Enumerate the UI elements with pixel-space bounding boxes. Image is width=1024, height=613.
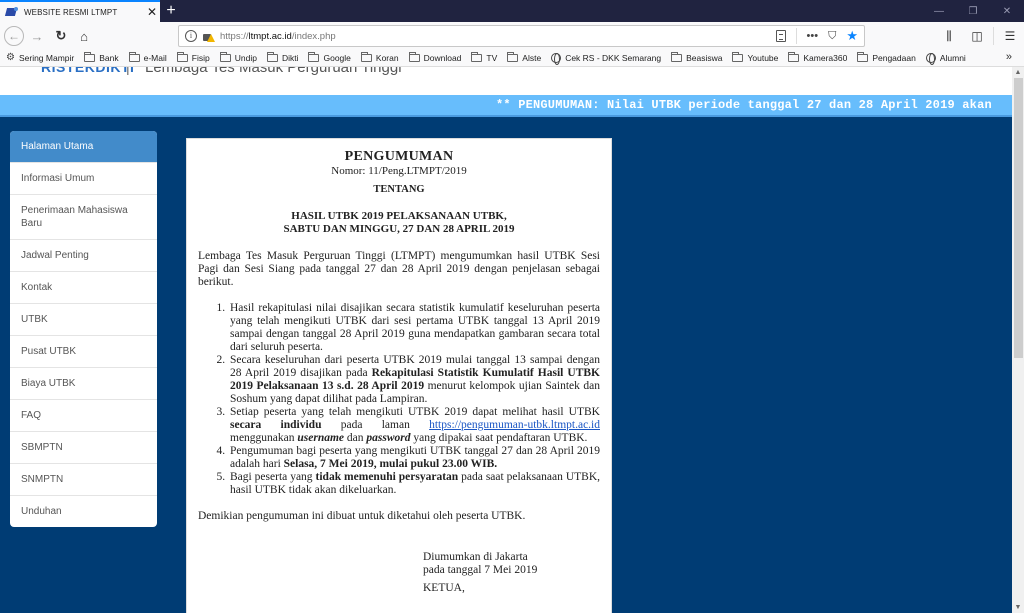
navigation-toolbar: ← → ↻ ⌂ i https://ltmpt.ac.id/index.php … (0, 22, 1024, 49)
subject-line-1: HASIL UTBK 2019 PELAKSANAAN UTBK, (198, 210, 600, 223)
site-tagline: Lembaga Tes Masuk Perguruan Tinggi (145, 67, 402, 76)
folder-icon (177, 54, 188, 62)
insecure-lock-icon[interactable] (202, 30, 214, 42)
close-window-icon[interactable]: ✕ (990, 0, 1024, 22)
bookmark-item[interactable]: Fisip (177, 53, 210, 63)
bookmark-item[interactable]: e-Mail (129, 53, 167, 63)
forward-arrow-icon[interactable]: → (28, 26, 46, 46)
sidebar-item-biaya-utbk[interactable]: Biaya UTBK (10, 368, 157, 400)
bookmark-item[interactable]: Pengadaan (857, 53, 916, 63)
folder-icon (308, 54, 319, 62)
bookmark-label: Kamera360 (803, 53, 847, 63)
scroll-down-arrow-icon[interactable]: ▼ (1012, 604, 1024, 611)
bookmark-item[interactable]: Alste (507, 53, 541, 63)
sidebar-menu: Halaman UtamaInformasi UmumPenerimaan Ma… (10, 131, 157, 527)
bookmark-item[interactable]: Cek RS - DKK Semarang (551, 53, 661, 63)
folder-icon (267, 54, 278, 62)
sidebar-item-snmptn[interactable]: SNMPTN (10, 464, 157, 496)
bookmark-label: Fisip (192, 53, 210, 63)
bookmark-label: Youtube (747, 53, 778, 63)
scrollbar-thumb[interactable] (1014, 78, 1023, 358)
toolbar-divider (993, 27, 994, 45)
folder-icon (732, 54, 743, 62)
bookmark-label: Cek RS - DKK Semarang (565, 53, 661, 63)
announcement-document: PENGUMUMAN Nomor: 11/Peng.LTMPT/2019 TEN… (186, 138, 612, 613)
pocket-icon[interactable]: ⛉ (828, 30, 836, 43)
globe-icon (926, 53, 936, 63)
browser-tab-active[interactable]: WEBSITE RESMI LTMPT ✕ (0, 0, 160, 22)
url-actions-divider (796, 28, 797, 44)
sidebar-item-sbmptn[interactable]: SBMPTN (10, 432, 157, 464)
close-tab-icon[interactable]: ✕ (144, 5, 160, 19)
window-controls: — ❐ ✕ (922, 0, 1024, 22)
sign-title: KETUA, (423, 582, 600, 595)
sidebar-item-jadwal-penting[interactable]: Jadwal Penting (10, 240, 157, 272)
results-link[interactable]: https://pengumuman-utbk.ltmpt.ac.id (429, 419, 600, 431)
announcement-ticker: ** PENGUMUMAN: Nilai UTBK periode tangga… (0, 95, 1012, 117)
announcement-closing: Demikian pengumuman ini dibuat untuk dik… (198, 510, 600, 523)
bookmark-label: Pengadaan (872, 53, 916, 63)
point-4: Pengumuman bagi peserta yang mengikuti U… (228, 445, 600, 471)
folder-icon (409, 54, 420, 62)
bookmarks-overflow-chevron-icon[interactable]: » (1006, 51, 1012, 63)
home-icon[interactable]: ⌂ (75, 26, 93, 46)
sidebar-item-kontak[interactable]: Kontak (10, 272, 157, 304)
folder-icon (857, 54, 868, 62)
bookmark-item[interactable]: TV (471, 53, 497, 63)
reader-view-icon[interactable] (776, 30, 786, 42)
sidebar-item-unduhan[interactable]: Unduhan (10, 496, 157, 527)
bookmark-label: Bank (99, 53, 118, 63)
bookmark-label: e-Mail (144, 53, 167, 63)
bookmark-item[interactable]: Google (308, 53, 350, 63)
point-2: Secara keseluruhan dari peserta UTBK 201… (228, 354, 600, 406)
folder-icon (507, 54, 518, 62)
announcement-number: Nomor: 11/Peng.LTMPT/2019 (198, 165, 600, 178)
library-icon[interactable]: ⫼ (935, 29, 963, 44)
announcement-about-label: TENTANG (198, 183, 600, 196)
sidebar-item-faq[interactable]: FAQ (10, 400, 157, 432)
folder-icon (788, 54, 799, 62)
globe-icon (551, 53, 561, 63)
sidebar-item-penerimaan-mahasiswa-baru[interactable]: Penerimaan Mahasiswa Baru (10, 195, 157, 240)
browser-title-bar: WEBSITE RESMI LTMPT ✕ + — ❐ ✕ (0, 0, 1024, 22)
bookmark-item[interactable]: Undip (220, 53, 257, 63)
subject-line-2: SABTU DAN MINGGU, 27 DAN 28 APRIL 2019 (198, 223, 600, 236)
site-info-icon[interactable]: i (185, 30, 197, 42)
new-tab-button[interactable]: + (162, 2, 180, 20)
hamburger-menu-icon[interactable]: ☰ (996, 29, 1024, 43)
url-bar[interactable]: i https://ltmpt.ac.id/index.php ••• ⛉ ★ (178, 25, 865, 47)
announcement-intro: Lembaga Tes Masuk Perguruan Tinggi (LTMP… (198, 250, 600, 289)
sidebar-item-informasi-umum[interactable]: Informasi Umum (10, 163, 157, 195)
sign-date: pada tanggal 7 Mei 2019 (423, 564, 600, 577)
bookmark-item[interactable]: Download (409, 53, 462, 63)
folder-icon (671, 54, 682, 62)
reload-icon[interactable]: ↻ (52, 26, 70, 46)
gear-icon: ⚙ (6, 52, 15, 63)
sidebar-toggle-icon[interactable]: ◫ (963, 29, 991, 43)
page-actions-ellipsis-icon[interactable]: ••• (807, 30, 819, 42)
restore-icon[interactable]: ❐ (956, 0, 990, 22)
point-3: Setiap peserta yang telah mengikuti UTBK… (228, 406, 600, 445)
sign-place: Diumumkan di Jakarta (423, 551, 600, 564)
announcement-subject: HASIL UTBK 2019 PELAKSANAAN UTBK, SABTU … (198, 210, 600, 236)
bookmarks-toolbar: ⚙Sering MampirBanke-MailFisipUndipDiktiG… (0, 49, 1024, 67)
sidebar-item-utbk[interactable]: UTBK (10, 304, 157, 336)
bookmark-item[interactable]: Dikti (267, 53, 299, 63)
bookmark-label: Sering Mampir (19, 53, 74, 63)
bookmark-label: Dikti (282, 53, 299, 63)
announcement-points: Hasil rekapitulasi nilai disajikan secar… (198, 302, 600, 497)
bookmark-star-icon[interactable]: ★ (846, 28, 858, 44)
bookmark-label: Undip (235, 53, 257, 63)
bookmark-label: Koran (376, 53, 399, 63)
point-1: Hasil rekapitulasi nilai disajikan secar… (228, 302, 600, 354)
folder-icon (220, 54, 231, 62)
bookmark-item[interactable]: ⚙Sering Mampir (6, 52, 74, 63)
folder-icon (361, 54, 372, 62)
folder-icon (84, 54, 95, 62)
site-brand[interactable]: RISTEKDIKTI (41, 67, 134, 75)
bookmark-item[interactable]: Kamera360 (788, 53, 847, 63)
bookmark-label: Google (323, 53, 350, 63)
bookmark-item[interactable]: Alumni (926, 53, 966, 63)
bookmark-item[interactable]: Beasiswa (671, 53, 722, 63)
bookmark-label: TV (486, 53, 497, 63)
url-text[interactable]: https://ltmpt.ac.id/index.php (220, 31, 336, 42)
header-separator: | (126, 67, 130, 75)
announcement-title: PENGUMUMAN (198, 149, 600, 165)
folder-icon (471, 54, 482, 62)
minimize-icon[interactable]: — (922, 0, 956, 22)
bookmark-label: Download (424, 53, 462, 63)
sidebar-item-pusat-utbk[interactable]: Pusat UTBK (10, 336, 157, 368)
page-scrollbar[interactable]: ▲ ▼ (1012, 67, 1024, 613)
back-arrow-icon[interactable]: ← (4, 26, 24, 46)
tab-title: WEBSITE RESMI LTMPT (24, 8, 144, 17)
bookmark-item[interactable]: Youtube (732, 53, 778, 63)
bookmark-label: Alste (522, 53, 541, 63)
point-5: Bagi peserta yang tidak memenuhi persyar… (228, 471, 600, 497)
bookmark-label: Beasiswa (686, 53, 722, 63)
folder-icon (129, 54, 140, 62)
signature-block: Diumumkan di Jakarta pada tanggal 7 Mei … (423, 551, 600, 595)
ticker-text[interactable]: ** PENGUMUMAN: Nilai UTBK periode tangga… (496, 98, 992, 112)
sidebar-item-halaman-utama[interactable]: Halaman Utama (10, 131, 157, 163)
scroll-up-arrow-icon[interactable]: ▲ (1012, 69, 1024, 76)
site-header: RISTEKDIKTI | Lembaga Tes Masuk Pergurua… (0, 67, 1012, 95)
ltmpt-favicon-icon (6, 7, 18, 17)
web-page: RISTEKDIKTI | Lembaga Tes Masuk Pergurua… (0, 67, 1012, 613)
bookmark-item[interactable]: Koran (361, 53, 399, 63)
bookmark-label: Alumni (940, 53, 966, 63)
bookmark-item[interactable]: Bank (84, 53, 118, 63)
